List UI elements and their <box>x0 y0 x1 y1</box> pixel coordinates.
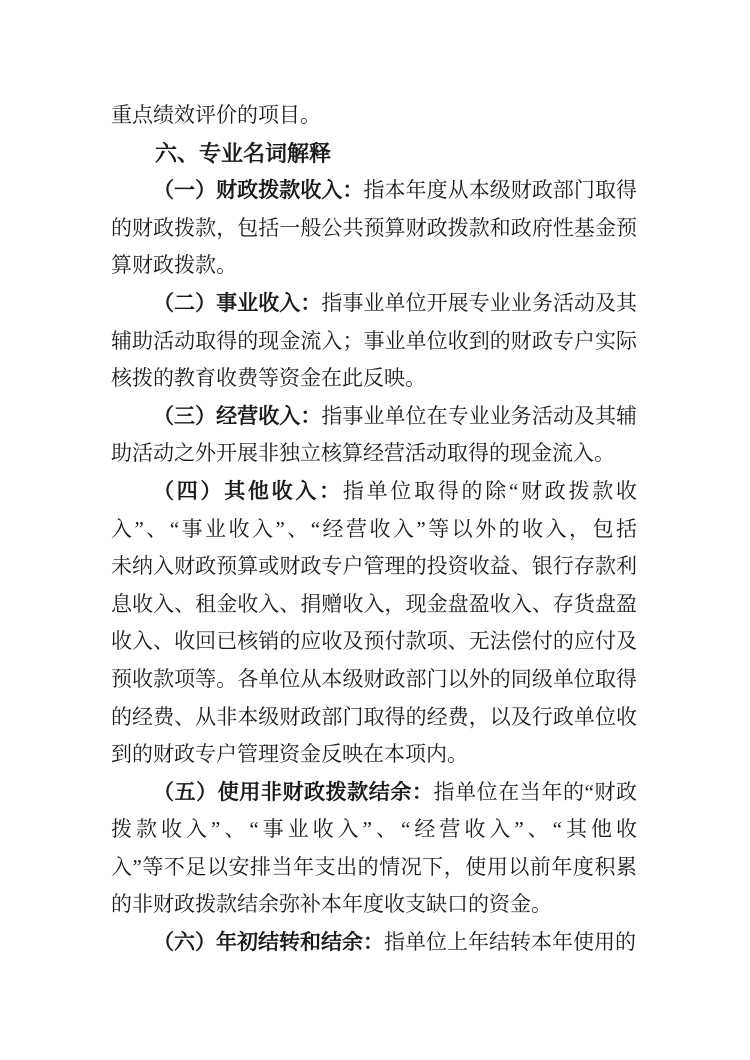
text-line: 入”、“事业收入”、“经营收入”等以外的收入，包括 <box>111 511 637 549</box>
text-line: （二）事业收入：指事业单位开展专业业务活动及其 <box>111 285 637 323</box>
text-line: 预收款项等。各单位从本级财政部门以外的同级单位取得 <box>111 661 637 699</box>
text-line: 入”等不足以安排当年支出的情况下，使用以前年度积累 <box>111 849 637 887</box>
term-label: （五）使用非财政拨款结余： <box>153 780 434 804</box>
term-definition-text: 指单位在当年的“财政 <box>434 780 638 804</box>
text-line: 息收入、租金收入、捐赠收入，现金盘盈收入、存货盘盈 <box>111 586 637 624</box>
term-label: （二）事业收入： <box>153 291 321 315</box>
text-line: （四）其他收入：指单位取得的除“财政拨款收 <box>111 473 637 511</box>
term-label: （一）财政拨款收入： <box>153 178 363 202</box>
text-line: 重点绩效评价的项目。 <box>111 97 637 135</box>
text-line: 收入、收回已核销的应收及预付款项、无法偿付的应付及 <box>111 623 637 661</box>
term-definition-text: 指单位上年结转本年使用的 <box>384 930 636 954</box>
document-body: 重点绩效评价的项目。六、专业名词解释（一）财政拨款收入：指本年度从本级财政部门取… <box>111 97 637 962</box>
text-line: （一）财政拨款收入：指本年度从本级财政部门取得 <box>111 172 637 210</box>
term-label: （六）年初结转和结余： <box>153 930 384 954</box>
text-line: （六）年初结转和结余：指单位上年结转本年使用的 <box>111 924 637 962</box>
term-definition-text: 指事业单位开展专业业务活动及其 <box>321 291 637 315</box>
text-line: 的非财政拨款结余弥补本年度收支缺口的资金。 <box>111 886 637 924</box>
section-heading: 六、专业名词解释 <box>111 135 637 173</box>
text-line: 算财政拨款。 <box>111 247 637 285</box>
text-line: 助活动之外开展非独立核算经营活动取得的现金流入。 <box>111 435 637 473</box>
text-line: 的财政拨款，包括一般公共预算财政拨款和政府性基金预 <box>111 210 637 248</box>
document-page: { "page": { "background_color": "#ffffff… <box>0 0 750 1060</box>
text-line: 核拨的教育收费等资金在此反映。 <box>111 360 637 398</box>
text-line: 辅助活动取得的现金流入；事业单位收到的财政专户实际 <box>111 323 637 361</box>
text-line: （五）使用非财政拨款结余：指单位在当年的“财政 <box>111 774 637 812</box>
text-line: 的经费、从非本级财政部门取得的经费，以及行政单位收 <box>111 699 637 737</box>
term-label: （四）其他收入： <box>153 479 343 503</box>
text-line: 未纳入财政预算或财政专户管理的投资收益、银行存款利 <box>111 548 637 586</box>
term-definition-text: 指事业单位在专业业务活动及其辅 <box>321 404 637 428</box>
term-definition-text: 指单位取得的除“财政拨款收 <box>343 479 637 503</box>
text-line: （三）经营收入：指事业单位在专业业务活动及其辅 <box>111 398 637 436</box>
text-line: 到的财政专户管理资金反映在本项内。 <box>111 736 637 774</box>
term-label: （三）经营收入： <box>153 404 321 428</box>
term-definition-text: 指本年度从本级财政部门取得 <box>363 178 637 202</box>
text-line: 拨款收入”、“事业收入”、“经营收入”、“其他收 <box>111 811 637 849</box>
